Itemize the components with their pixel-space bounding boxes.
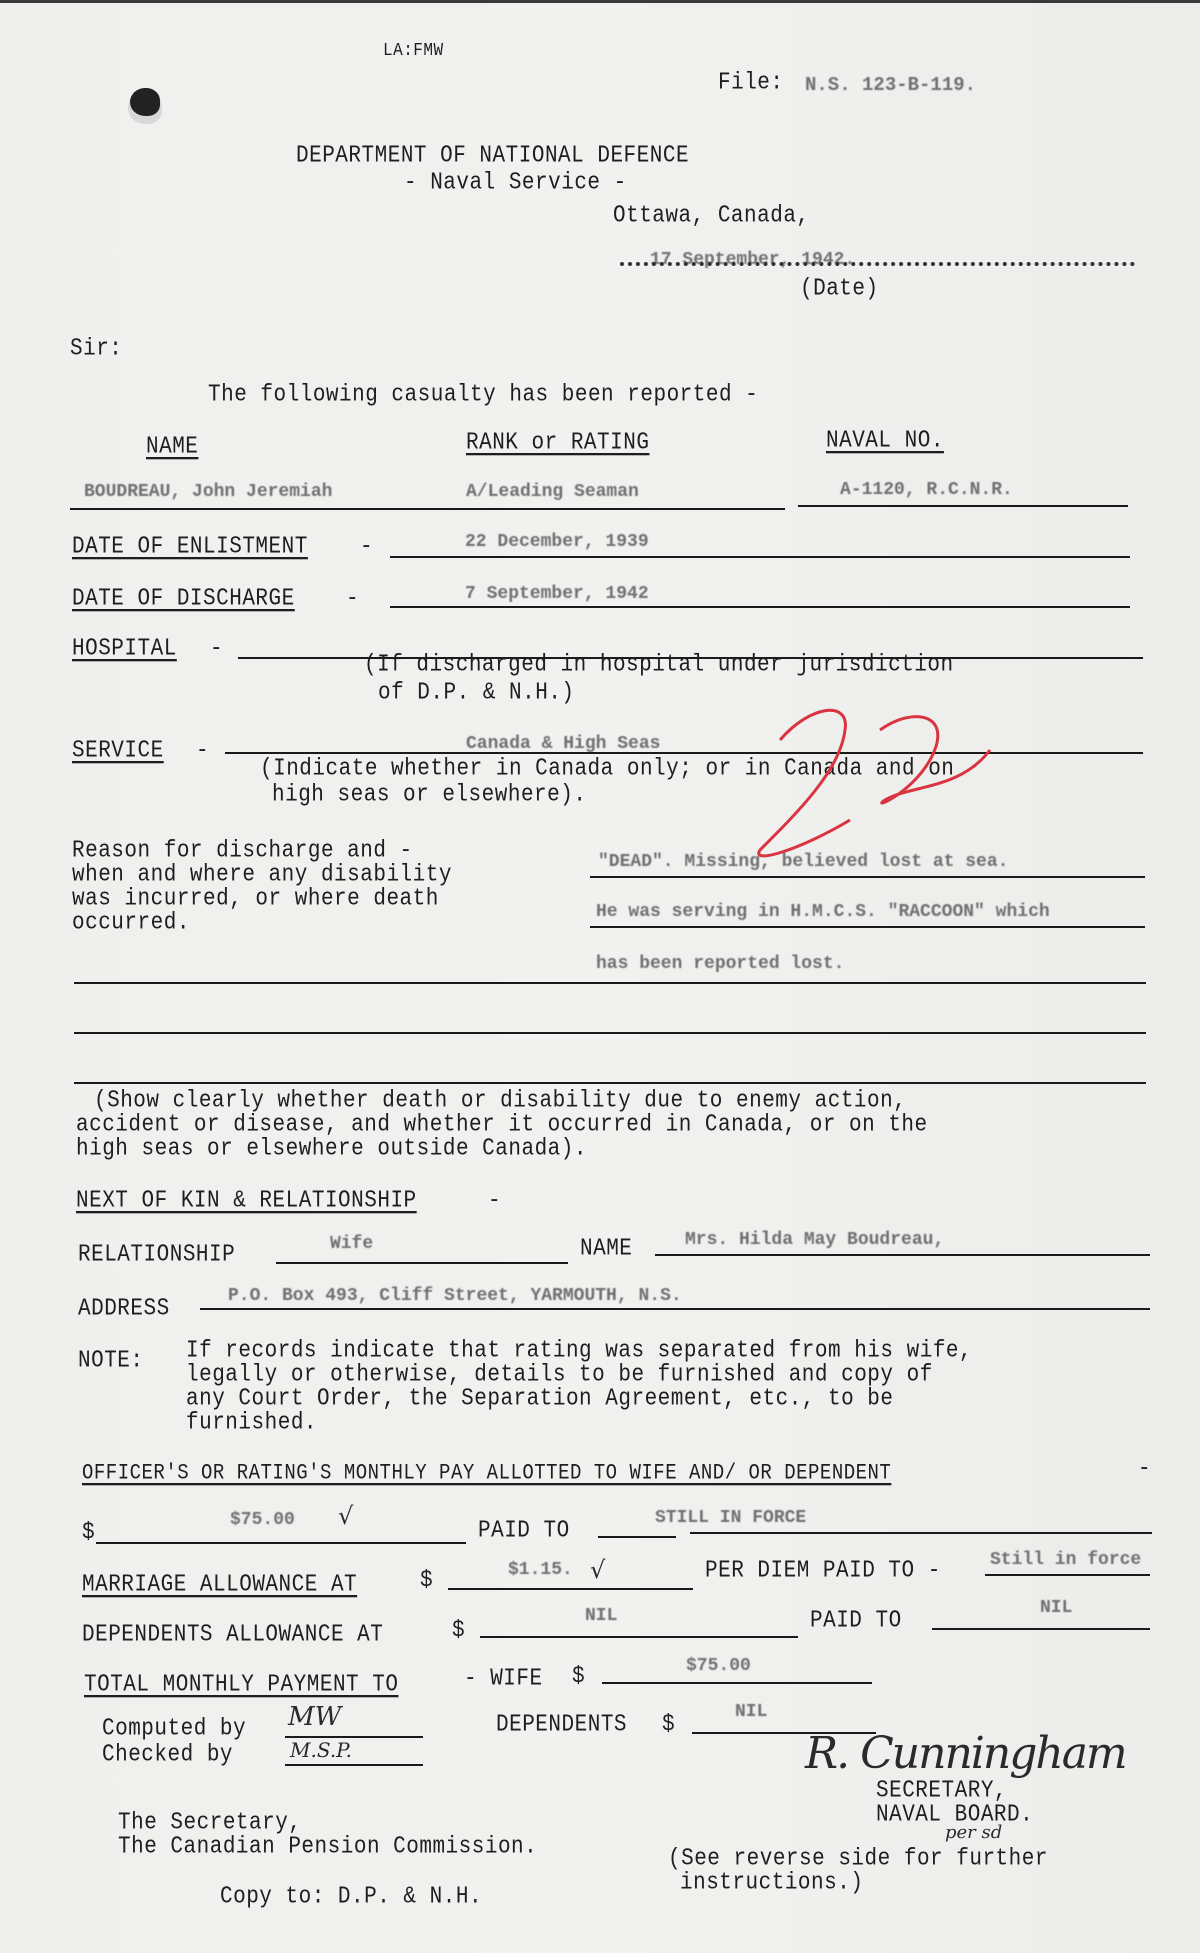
rule	[276, 1262, 568, 1264]
date-caption: (Date)	[800, 276, 879, 302]
checked-initials: M.S.P.	[290, 1738, 352, 1762]
per-diem-label: PER DIEM PAID TO -	[705, 1558, 941, 1584]
reference-code: LA:FMW	[383, 40, 444, 61]
dash: -	[210, 636, 223, 662]
currency-symbol: $	[662, 1712, 675, 1738]
kin-name-label: NAME	[580, 1236, 632, 1262]
address-label: ADDRESS	[78, 1296, 170, 1322]
marriage-paid-to: Still in force	[990, 1550, 1141, 1570]
secretary-signature: R. Cunningham	[805, 1728, 1126, 1779]
date-dotted-line	[620, 262, 1135, 266]
currency-symbol: $	[420, 1568, 433, 1594]
marriage-allowance-label: MARRIAGE ALLOWANCE AT	[82, 1572, 357, 1598]
rule	[590, 926, 1145, 928]
dash: -	[1138, 1456, 1151, 1482]
signer-title-1: SECRETARY,	[876, 1778, 1007, 1804]
kin-name-value: Mrs. Hilda May Boudreau,	[685, 1230, 944, 1250]
dependents-allowance-amount: NIL	[585, 1606, 617, 1626]
service-value: Canada & High Seas	[466, 734, 660, 754]
rule	[96, 1542, 466, 1544]
dash: -	[360, 534, 373, 560]
service-label: SERVICE	[72, 738, 164, 764]
note-line-3: any Court Order, the Separation Agreemen…	[186, 1386, 894, 1412]
note-line-2: legally or otherwise, details to be furn…	[186, 1362, 933, 1388]
note-line-4: furnished.	[186, 1410, 317, 1436]
document-page: LA:FMW File: N.S. 123-B-119. DEPARTMENT …	[0, 0, 1200, 1953]
note-label: NOTE:	[78, 1348, 144, 1374]
currency-symbol: $	[82, 1520, 95, 1546]
computed-initials: MW	[288, 1702, 341, 1732]
reason-value-1: "DEAD". Missing, believed lost at sea.	[598, 852, 1008, 872]
allotted-paid-to: STILL IN FORCE	[655, 1508, 806, 1528]
rule	[985, 1574, 1150, 1576]
dash: -	[196, 738, 209, 764]
file-label: File:	[718, 70, 784, 96]
reason-value-3: has been reported lost.	[596, 954, 844, 974]
location: Ottawa, Canada,	[613, 203, 810, 229]
rule	[390, 556, 1130, 558]
reason-label-2: when and where any disability	[72, 862, 452, 888]
dash: -	[488, 1188, 501, 1214]
currency-symbol: $	[452, 1618, 465, 1644]
total-wife-amount: $75.00	[686, 1656, 751, 1676]
paid-to-label: PAID TO	[810, 1608, 902, 1634]
reason-label-4: occurred.	[72, 910, 190, 936]
file-number: N.S. 123-B-119.	[805, 74, 976, 96]
rule	[480, 1636, 798, 1638]
rule	[590, 876, 1145, 878]
punch-hole	[130, 88, 160, 116]
rule	[285, 1764, 423, 1766]
currency-symbol: $	[572, 1664, 585, 1690]
total-payment-label: TOTAL MONTHLY PAYMENT TO	[84, 1672, 398, 1698]
checked-by-label: Checked by	[102, 1742, 233, 1768]
reverse-note-1: (See reverse side for further	[668, 1846, 1048, 1872]
wife-label: - WIFE	[464, 1666, 543, 1692]
relationship-label: RELATIONSHIP	[78, 1242, 235, 1268]
rule	[798, 505, 1128, 507]
note-line-1: If records indicate that rating was sepa…	[186, 1338, 972, 1364]
enlistment-value: 22 December, 1939	[465, 532, 649, 552]
rule	[74, 1082, 1146, 1084]
rule	[655, 1254, 1150, 1256]
dependents-label: DEPENDENTS	[496, 1712, 627, 1738]
computed-by-label: Computed by	[102, 1716, 246, 1742]
rule	[932, 1628, 1150, 1630]
reason-note-3: high seas or elsewhere outside Canada).	[76, 1136, 587, 1162]
letter-date: 17 September, 1942.	[650, 250, 855, 270]
rule	[448, 1588, 693, 1590]
copy-to: Copy to: D.P. & N.H.	[220, 1884, 482, 1910]
department-title: DEPARTMENT OF NATIONAL DEFENCE	[296, 143, 689, 169]
salutation: Sir:	[70, 336, 122, 362]
casualty-naval-no: A-1120, R.C.N.R.	[840, 480, 1013, 500]
hospital-note-1: (If discharged in hospital under jurisdi…	[364, 652, 954, 678]
dependents-paid-to: NIL	[1040, 1598, 1072, 1618]
naval-no-header: NAVAL NO.	[826, 428, 944, 454]
discharge-label: DATE OF DISCHARGE	[72, 586, 295, 612]
service-subtitle: - Naval Service -	[404, 170, 627, 196]
reason-value-2: He was serving in H.M.C.S. "RACCOON" whi…	[596, 902, 1050, 922]
check-mark-icon: √	[590, 1556, 605, 1584]
discharge-value: 7 September, 1942	[465, 584, 649, 604]
rule	[602, 1682, 872, 1684]
rule	[225, 752, 1143, 754]
hospital-label: HOSPITAL	[72, 636, 177, 662]
casualty-rank: A/Leading Seaman	[466, 482, 639, 502]
reason-label-1: Reason for discharge and -	[72, 838, 413, 864]
enlistment-label: DATE OF ENLISTMENT	[72, 534, 308, 560]
dependents-allowance-label: DEPENDENTS ALLOWANCE AT	[82, 1622, 383, 1648]
per-annotation: per sd	[945, 1822, 1002, 1843]
rule	[200, 1308, 1150, 1310]
marriage-amount: $1.15.	[508, 1560, 573, 1580]
check-mark-icon: √	[338, 1502, 353, 1530]
rule	[598, 1536, 676, 1538]
rank-header: RANK or RATING	[466, 430, 649, 456]
rule	[74, 1032, 1146, 1034]
name-header: NAME	[146, 434, 198, 460]
hospital-note-2: of D.P. & N.H.)	[378, 680, 575, 706]
reason-note-1: (Show clearly whether death or disabilit…	[94, 1088, 906, 1114]
addressee-2: The Canadian Pension Commission.	[118, 1834, 537, 1860]
allotted-pay-heading: OFFICER'S OR RATING'S MONTHLY PAY ALLOTT…	[82, 1460, 891, 1485]
rule	[690, 1532, 1152, 1534]
total-dependents-amount: NIL	[735, 1702, 767, 1722]
address-value: P.O. Box 493, Cliff Street, YARMOUTH, N.…	[228, 1286, 682, 1306]
scan-edge	[0, 0, 1200, 3]
dash: -	[346, 586, 359, 612]
reason-label-3: was incurred, or where death	[72, 886, 439, 912]
rule	[390, 606, 1130, 608]
addressee-1: The Secretary,	[118, 1810, 301, 1836]
service-note-2: high seas or elsewhere).	[272, 782, 586, 808]
intro-text: The following casualty has been reported…	[208, 382, 758, 408]
relationship-value: Wife	[330, 1234, 373, 1254]
reason-note-2: accident or disease, and whether it occu…	[76, 1112, 928, 1138]
casualty-name: BOUDREAU, John Jeremiah	[84, 482, 332, 502]
next-of-kin-heading: NEXT OF KIN & RELATIONSHIP	[76, 1188, 417, 1214]
rule	[74, 982, 1146, 984]
rule	[70, 508, 785, 510]
paid-to-label: PAID TO	[478, 1518, 570, 1544]
red-handwritten-number	[740, 700, 1000, 870]
reverse-note-2: instructions.)	[680, 1870, 863, 1896]
allotted-amount: $75.00	[230, 1510, 295, 1530]
